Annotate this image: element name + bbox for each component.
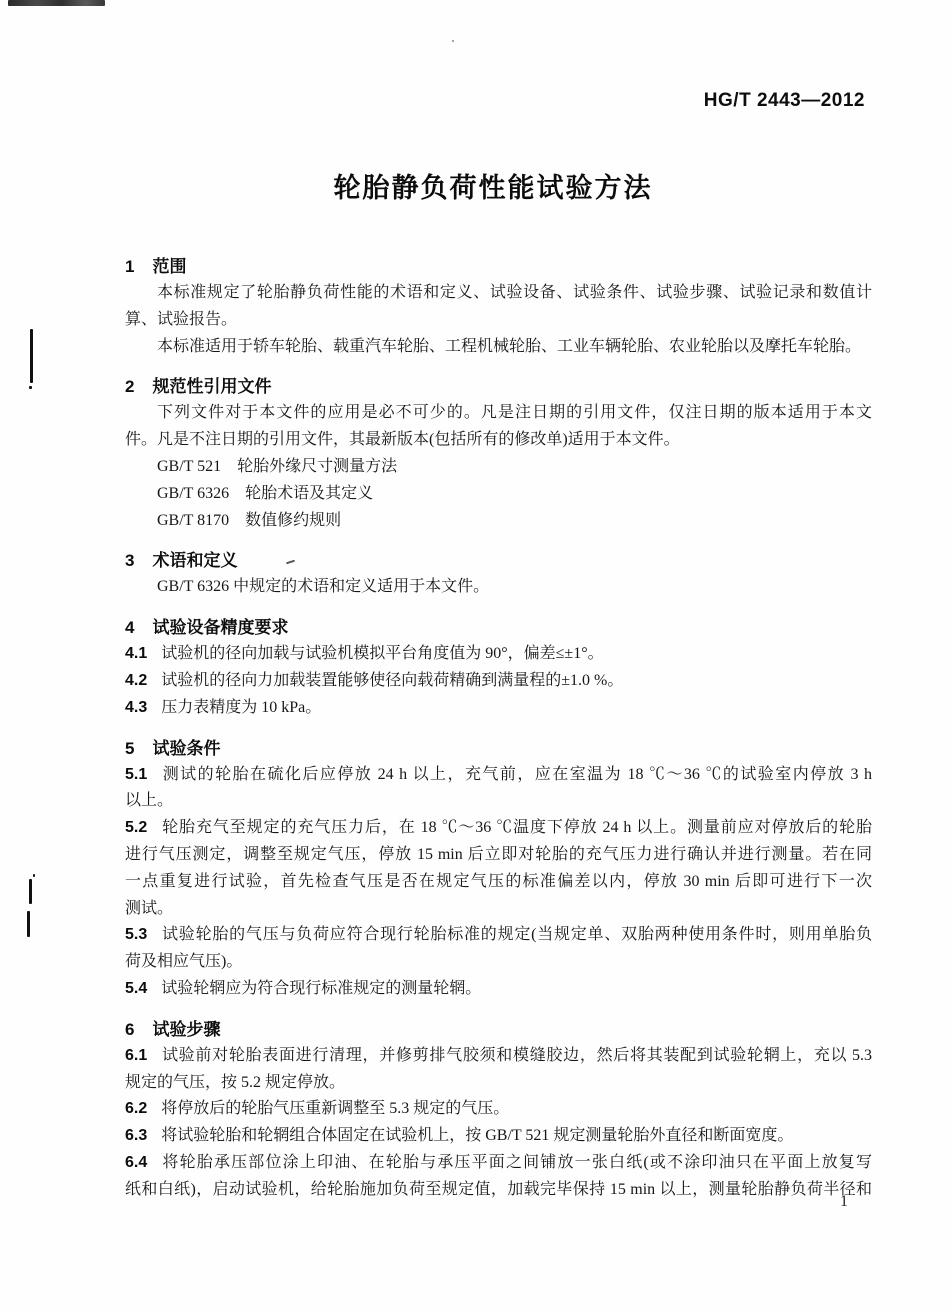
text-line: 荷及相应气压)。 — [125, 949, 872, 976]
section-title: 试验条件 — [152, 739, 220, 758]
line-text: 试验前对轮胎表面进行清理，并修剪排气胶须和模缝胶边，然后将其装配到试验轮辋上，充… — [161, 1047, 872, 1064]
section-heading: 1范围 — [125, 253, 872, 280]
text-line: 6.4将轮胎承压部位涂上印油、在轮胎与承压平面之间铺放一张白纸(或不涂印油只在平… — [125, 1150, 872, 1177]
text-line: GB/T 6326 中规定的术语和定义适用于本文件。 — [125, 574, 872, 601]
standard-code: HG/T 2443—2012 — [704, 90, 865, 112]
line-text: 一点重复进行试验，首先检查气压是否在规定气压的标准偏差以内，停放 30 min … — [125, 873, 872, 890]
section-heading: 5试验条件 — [125, 735, 872, 762]
scan-binding-mark-3 — [27, 911, 30, 937]
section-number: 1 — [125, 257, 134, 276]
text-line: 纸和白纸)，启动试验机，给轮胎施加负荷至规定值，加载完毕保持 15 min 以上… — [125, 1177, 872, 1204]
section-heading: 2规范性引用文件 — [125, 373, 872, 400]
section-number: 5 — [125, 739, 134, 758]
line-text: 将轮胎承压部位涂上印油、在轮胎与承压平面之间铺放一张白纸(或不涂印油只在平面上放… — [161, 1154, 872, 1171]
scan-binding-mark-1 — [30, 329, 33, 383]
document-body: 1范围本标准规定了轮胎静负荷性能的术语和定义、试验设备、试验条件、试验步骤、试验… — [125, 240, 872, 1204]
line-text: GB/T 8170 数值修约规则 — [157, 512, 341, 529]
text-line: 本标准适用于轿车轮胎、载重汽车轮胎、工程机械轮胎、工业车辆轮胎、农业轮胎以及摩托… — [125, 334, 872, 361]
clause-number: 4.2 — [125, 672, 147, 689]
clause-number: 5.2 — [125, 819, 147, 836]
clause-number: 6.4 — [125, 1154, 147, 1171]
line-text: 件。凡是不注日期的引用文件，其最新版本(包括所有的修改单)适用于本文件。 — [125, 431, 680, 448]
text-line: 本标准规定了轮胎静负荷性能的术语和定义、试验设备、试验条件、试验步骤、试验记录和… — [125, 280, 872, 307]
scan-binding-mark-2-dot — [33, 874, 35, 877]
text-line: 5.4试验轮辋应为符合现行标准规定的测量轮辋。 — [125, 976, 872, 1003]
line-text: 进行气压测定，调整至规定气压，停放 15 min 后立即对轮胎的充气压力进行确认… — [125, 846, 872, 863]
text-line: 算、试验报告。 — [125, 307, 872, 334]
text-line: GB/T 521 轮胎外缘尺寸测量方法 — [125, 454, 872, 481]
text-line: 4.2试验机的径向力加载装置能够使径向载荷精确到满量程的±1.0 %。 — [125, 668, 872, 695]
text-line: 6.3将试验轮胎和轮辋组合体固定在试验机上，按 GB/T 521 规定测量轮胎外… — [125, 1123, 872, 1150]
text-line: 进行气压测定，调整至规定气压，停放 15 min 后立即对轮胎的充气压力进行确认… — [125, 842, 872, 869]
clause-number: 4.1 — [125, 645, 147, 662]
document-title: 轮胎静负荷性能试验方法 — [0, 166, 950, 205]
clause-number: 5.3 — [125, 926, 147, 943]
line-text: 纸和白纸)，启动试验机，给轮胎施加负荷至规定值，加载完毕保持 15 min 以上… — [125, 1181, 872, 1198]
scan-speck — [452, 40, 454, 42]
section-number: 6 — [125, 1020, 134, 1039]
line-text: 规定的气压，按 5.2 规定停放。 — [125, 1074, 345, 1091]
section-title: 术语和定义 — [152, 551, 237, 570]
text-line: 测试。 — [125, 896, 872, 923]
section-title: 试验步骤 — [152, 1020, 220, 1039]
line-text: 算、试验报告。 — [125, 311, 237, 328]
clause-number: 5.4 — [125, 980, 147, 997]
line-text: 试验轮胎的气压与负荷应符合现行轮胎标准的规定(当规定单、双胎两种使用条件时，则用… — [161, 926, 872, 943]
line-text: 测试的轮胎在硫化后应停放 24 h 以上，充气前，应在室温为 18 ℃～36 ℃… — [161, 766, 872, 783]
section-number: 3 — [125, 551, 134, 570]
text-line: 4.3压力表精度为 10 kPa。 — [125, 695, 872, 722]
clause-number: 4.3 — [125, 699, 147, 716]
text-line: 4.1试验机的径向加载与试验机模拟平台角度值为 90°，偏差≤±1°。 — [125, 641, 872, 668]
scan-binding-mark-2 — [29, 879, 32, 904]
section-title: 规范性引用文件 — [152, 377, 271, 396]
text-line: GB/T 6326 轮胎术语及其定义 — [125, 481, 872, 508]
scan-binding-mark-1-dot — [29, 386, 32, 389]
line-text: 将停放后的轮胎气压重新调整至 5.3 规定的气压。 — [161, 1100, 509, 1117]
section-heading: 3术语和定义 — [125, 547, 872, 574]
text-line: 件。凡是不注日期的引用文件，其最新版本(包括所有的修改单)适用于本文件。 — [125, 427, 872, 454]
section-number: 4 — [125, 618, 134, 637]
text-line: 以上。 — [125, 788, 872, 815]
page-number: 1 — [840, 1193, 848, 1211]
line-text: GB/T 521 轮胎外缘尺寸测量方法 — [157, 458, 397, 475]
line-text: 荷及相应气压)。 — [125, 953, 242, 970]
scan-smudge-top-left — [8, 0, 105, 6]
clause-number: 5.1 — [125, 766, 147, 783]
clause-number: 6.3 — [125, 1127, 147, 1144]
text-line: 6.1试验前对轮胎表面进行清理，并修剪排气胶须和模缝胶边，然后将其装配到试验轮辋… — [125, 1043, 872, 1070]
section-heading: 6试验步骤 — [125, 1016, 872, 1043]
text-line: 一点重复进行试验，首先检查气压是否在规定气压的标准偏差以内，停放 30 min … — [125, 869, 872, 896]
text-line: 6.2将停放后的轮胎气压重新调整至 5.3 规定的气压。 — [125, 1096, 872, 1123]
line-text: 试验轮辋应为符合现行标准规定的测量轮辋。 — [161, 980, 481, 997]
clause-number: 6.1 — [125, 1047, 147, 1064]
section-heading: 4试验设备精度要求 — [125, 614, 872, 641]
text-line: 5.1测试的轮胎在硫化后应停放 24 h 以上，充气前，应在室温为 18 ℃～3… — [125, 762, 872, 789]
line-text: 以上。 — [125, 792, 173, 809]
clause-number: 6.2 — [125, 1100, 147, 1117]
line-text: 将试验轮胎和轮辋组合体固定在试验机上，按 GB/T 521 规定测量轮胎外直径和… — [161, 1127, 793, 1144]
section-number: 2 — [125, 377, 134, 396]
text-line: 5.2轮胎充气至规定的充气压力后，在 18 ℃～36 ℃温度下停放 24 h 以… — [125, 815, 872, 842]
line-text: 轮胎充气至规定的充气压力后，在 18 ℃～36 ℃温度下停放 24 h 以上。测… — [161, 819, 872, 836]
text-line: 规定的气压，按 5.2 规定停放。 — [125, 1070, 872, 1097]
line-text: GB/T 6326 中规定的术语和定义适用于本文件。 — [157, 578, 489, 595]
line-text: 本标准规定了轮胎静负荷性能的术语和定义、试验设备、试验条件、试验步骤、试验记录和… — [157, 284, 872, 301]
line-text: 本标准适用于轿车轮胎、载重汽车轮胎、工程机械轮胎、工业车辆轮胎、农业轮胎以及摩托… — [157, 338, 861, 355]
text-line: GB/T 8170 数值修约规则 — [125, 508, 872, 535]
line-text: GB/T 6326 轮胎术语及其定义 — [157, 485, 373, 502]
text-line: 下列文件对于本文件的应用是必不可少的。凡是注日期的引用文件，仅注日期的版本适用于… — [125, 400, 872, 427]
line-text: 试验机的径向加载与试验机模拟平台角度值为 90°，偏差≤±1°。 — [161, 645, 603, 662]
section-title: 试验设备精度要求 — [152, 618, 288, 637]
document-page: HG/T 2443—2012 轮胎静负荷性能试验方法 1范围本标准规定了轮胎静负… — [0, 0, 950, 1313]
section-title: 范围 — [152, 257, 186, 276]
line-text: 试验机的径向力加载装置能够使径向载荷精确到满量程的±1.0 %。 — [161, 672, 623, 689]
line-text: 下列文件对于本文件的应用是必不可少的。凡是注日期的引用文件，仅注日期的版本适用于… — [157, 404, 872, 421]
line-text: 压力表精度为 10 kPa。 — [161, 699, 321, 716]
text-line: 5.3试验轮胎的气压与负荷应符合现行轮胎标准的规定(当规定单、双胎两种使用条件时… — [125, 922, 872, 949]
line-text: 测试。 — [125, 900, 173, 917]
